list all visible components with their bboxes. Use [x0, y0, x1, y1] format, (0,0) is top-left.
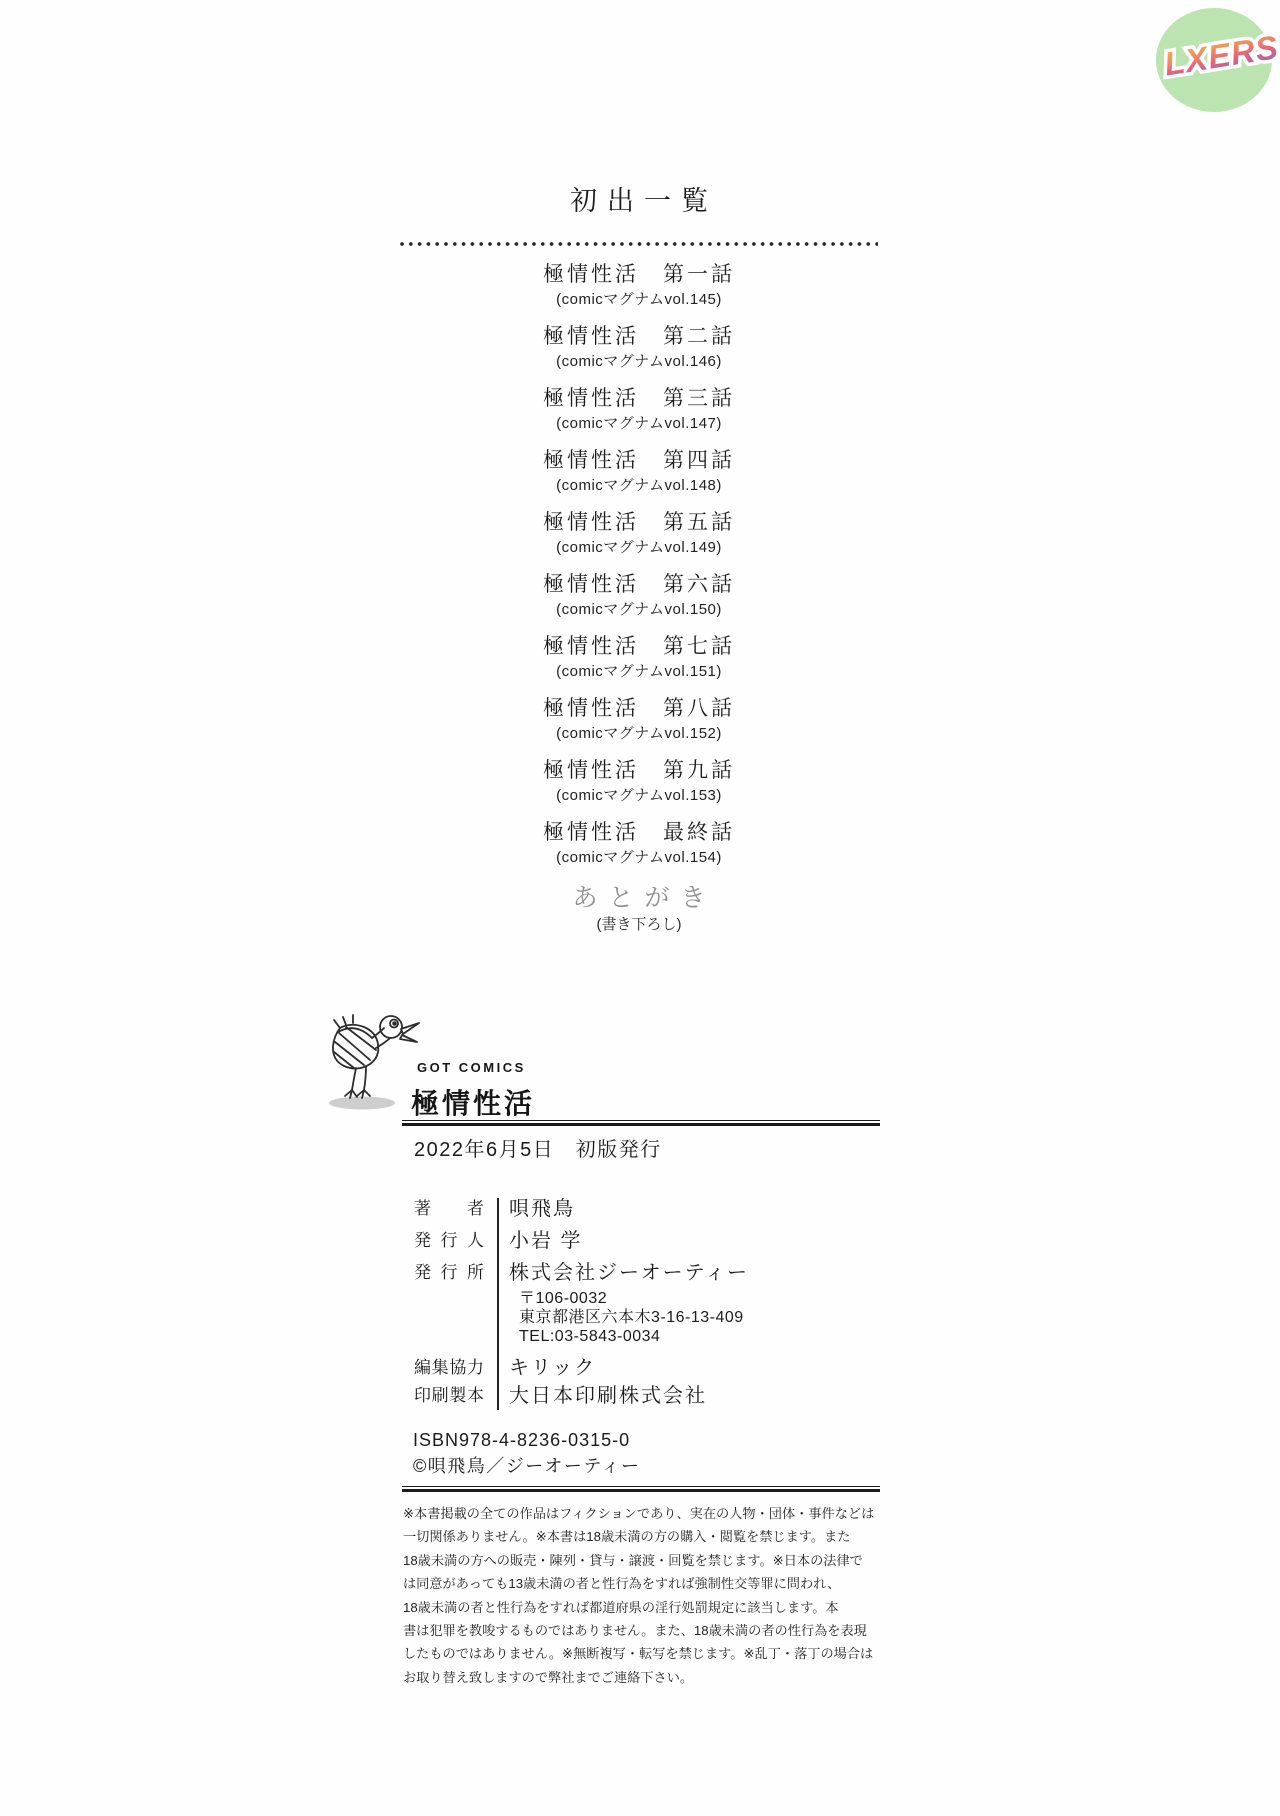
credit-label: 編集協力 [414, 1355, 484, 1381]
chapter-title: 極情性活 第七話 [400, 634, 878, 660]
publisher-address: 〒106-0032 東京都港区六本木3-16-13-409 TEL:03-584… [519, 1289, 749, 1346]
chapter-title: 極情性活 第四話 [400, 448, 878, 474]
credit-row-author: 著者 唄飛鳥 [414, 1196, 880, 1222]
disclaimer-line: したものではありません。※無断複写・転写を禁じます。※乱丁・落丁の場合は [403, 1642, 881, 1665]
chapter-title: 極情性活 第六話 [400, 572, 878, 598]
credit-value: 株式会社ジーオーティー [509, 1260, 749, 1286]
list-item: 極情性活 第二話 (comicマグナムvol.146) [400, 324, 878, 371]
chapter-source: (comicマグナムvol.148) [400, 477, 878, 495]
credit-label: 著者 [414, 1196, 484, 1222]
credit-row-publisher-person: 発行人 小岩 学 [414, 1228, 880, 1254]
chapter-source: (comicマグナムvol.146) [400, 353, 878, 371]
list-item: 極情性活 第五話 (comicマグナムvol.149) [400, 510, 878, 557]
credit-label: 発行所 [414, 1260, 484, 1286]
disclaimer-line: 18歳未満の方への販売・陳列・貸与・譲渡・回覧を禁じます。※日本の法律で [403, 1549, 881, 1572]
credit-value: キリック [509, 1355, 596, 1381]
list-item: 極情性活 第八話 (comicマグナムvol.152) [400, 696, 878, 743]
legal-disclaimer: ※本書掲載の全ての作品はフィクションであり、実在の人物・団体・事件などは 一切関… [403, 1502, 881, 1689]
disclaimer-line: 18歳未満の者と性行為をすれば都道府県の淫行処罰規定に該当します。本 [403, 1596, 881, 1619]
postal-code: 〒106-0032 [519, 1289, 749, 1308]
address-line: 東京都港区六本木3-16-13-409 [519, 1308, 749, 1327]
chapter-source: (comicマグナムvol.154) [400, 849, 878, 867]
chapter-source: (comicマグナムvol.145) [400, 291, 878, 309]
credit-label: 発行人 [414, 1228, 484, 1254]
credits-separator-line [497, 1198, 499, 1410]
imprint-label: GOT COMICS [417, 1060, 526, 1075]
list-item: 極情性活 第三話 (comicマグナムvol.147) [400, 386, 878, 433]
chapter-source: (comicマグナムvol.149) [400, 539, 878, 557]
chapter-title: 極情性活 第一話 [400, 262, 878, 288]
chapter-source: (comicマグナムvol.150) [400, 601, 878, 619]
disclaimer-line: は同意があっても13歳未満の者と性行為をすれば強制性交等罪に問われ、 [403, 1572, 881, 1595]
afterword-title: あとがき [400, 883, 878, 913]
first-publication-section: 初出一覧 極情性活 第一話 (comicマグナムvol.145) 極情性活 第二… [400, 186, 878, 934]
list-item: 極情性活 最終話 (comicマグナムvol.154) [400, 820, 878, 867]
list-item: 極情性活 第一話 (comicマグナムvol.145) [400, 262, 878, 309]
list-item: 極情性活 第六話 (comicマグナムvol.150) [400, 572, 878, 619]
credit-row-publisher-company: 発行所 株式会社ジーオーティー 〒106-0032 東京都港区六本木3-16-1… [414, 1260, 880, 1346]
credit-value: 唄飛鳥 [509, 1196, 575, 1222]
credit-value: 小岩 学 [509, 1228, 583, 1254]
disclaimer-line: ※本書掲載の全ての作品はフィクションであり、実在の人物・団体・事件などは [403, 1502, 881, 1525]
watermark-logo-text: LXERS LXERS [1162, 30, 1267, 83]
chapter-title: 極情性活 第五話 [400, 510, 878, 536]
credit-row-editing: 編集協力 キリック [414, 1355, 880, 1381]
isbn: ISBN978-4-8236-0315-0 [413, 1430, 630, 1451]
double-rule-bottom [402, 1486, 880, 1492]
credit-row-printing: 印刷製本 大日本印刷株式会社 [414, 1383, 880, 1409]
credit-label: 印刷製本 [414, 1383, 484, 1409]
chapter-title: 極情性活 第八話 [400, 696, 878, 722]
disclaimer-line: 一切関係ありません。※本書は18歳未満の方の購入・閲覧を禁じます。また [403, 1525, 881, 1548]
chapter-source: (comicマグナムvol.153) [400, 787, 878, 805]
book-title: 極情性活 [411, 1082, 535, 1122]
chapter-title: 極情性活 最終話 [400, 820, 878, 846]
double-rule-top [402, 1120, 880, 1126]
chapter-title: 極情性活 第九話 [400, 758, 878, 784]
disclaimer-line: お取り替え致しますので弊社までご連絡下さい。 [403, 1666, 881, 1689]
dotted-divider [400, 242, 878, 246]
chapter-title: 極情性活 第三話 [400, 386, 878, 412]
chapter-source: (comicマグナムvol.147) [400, 415, 878, 433]
disclaimer-line: 書は犯罪を教唆するものではありません。また、18歳未満の者の性行為を表現 [403, 1619, 881, 1642]
copyright: ©唄飛鳥／ジーオーティー [413, 1452, 640, 1478]
credit-value: 大日本印刷株式会社 [509, 1383, 707, 1409]
chapter-source: (comicマグナムvol.151) [400, 663, 878, 681]
list-item: 極情性活 第七話 (comicマグナムvol.151) [400, 634, 878, 681]
section-title: 初出一覧 [400, 186, 878, 216]
watermark-logo-badge: LXERS LXERS [1156, 8, 1272, 112]
list-item: 極情性活 第九話 (comicマグナムvol.153) [400, 758, 878, 805]
chapter-list: 極情性活 第一話 (comicマグナムvol.145) 極情性活 第二話 (co… [400, 262, 878, 867]
chapter-title: 極情性活 第二話 [400, 324, 878, 350]
credits-table: 著者 唄飛鳥 発行人 小岩 学 発行所 株式会社ジーオーティー 〒106-003… [414, 1196, 880, 1415]
edition-date: 2022年6月5日 初版発行 [414, 1133, 662, 1162]
colophon-page: LXERS LXERS 初出一覧 極情性活 第一話 (comicマグナムvol.… [0, 0, 1280, 1816]
list-item: 極情性活 第四話 (comicマグナムvol.148) [400, 448, 878, 495]
afterword-source: (書き下ろし) [400, 915, 878, 934]
chapter-source: (comicマグナムvol.152) [400, 725, 878, 743]
phone-line: TEL:03-5843-0034 [519, 1327, 749, 1346]
